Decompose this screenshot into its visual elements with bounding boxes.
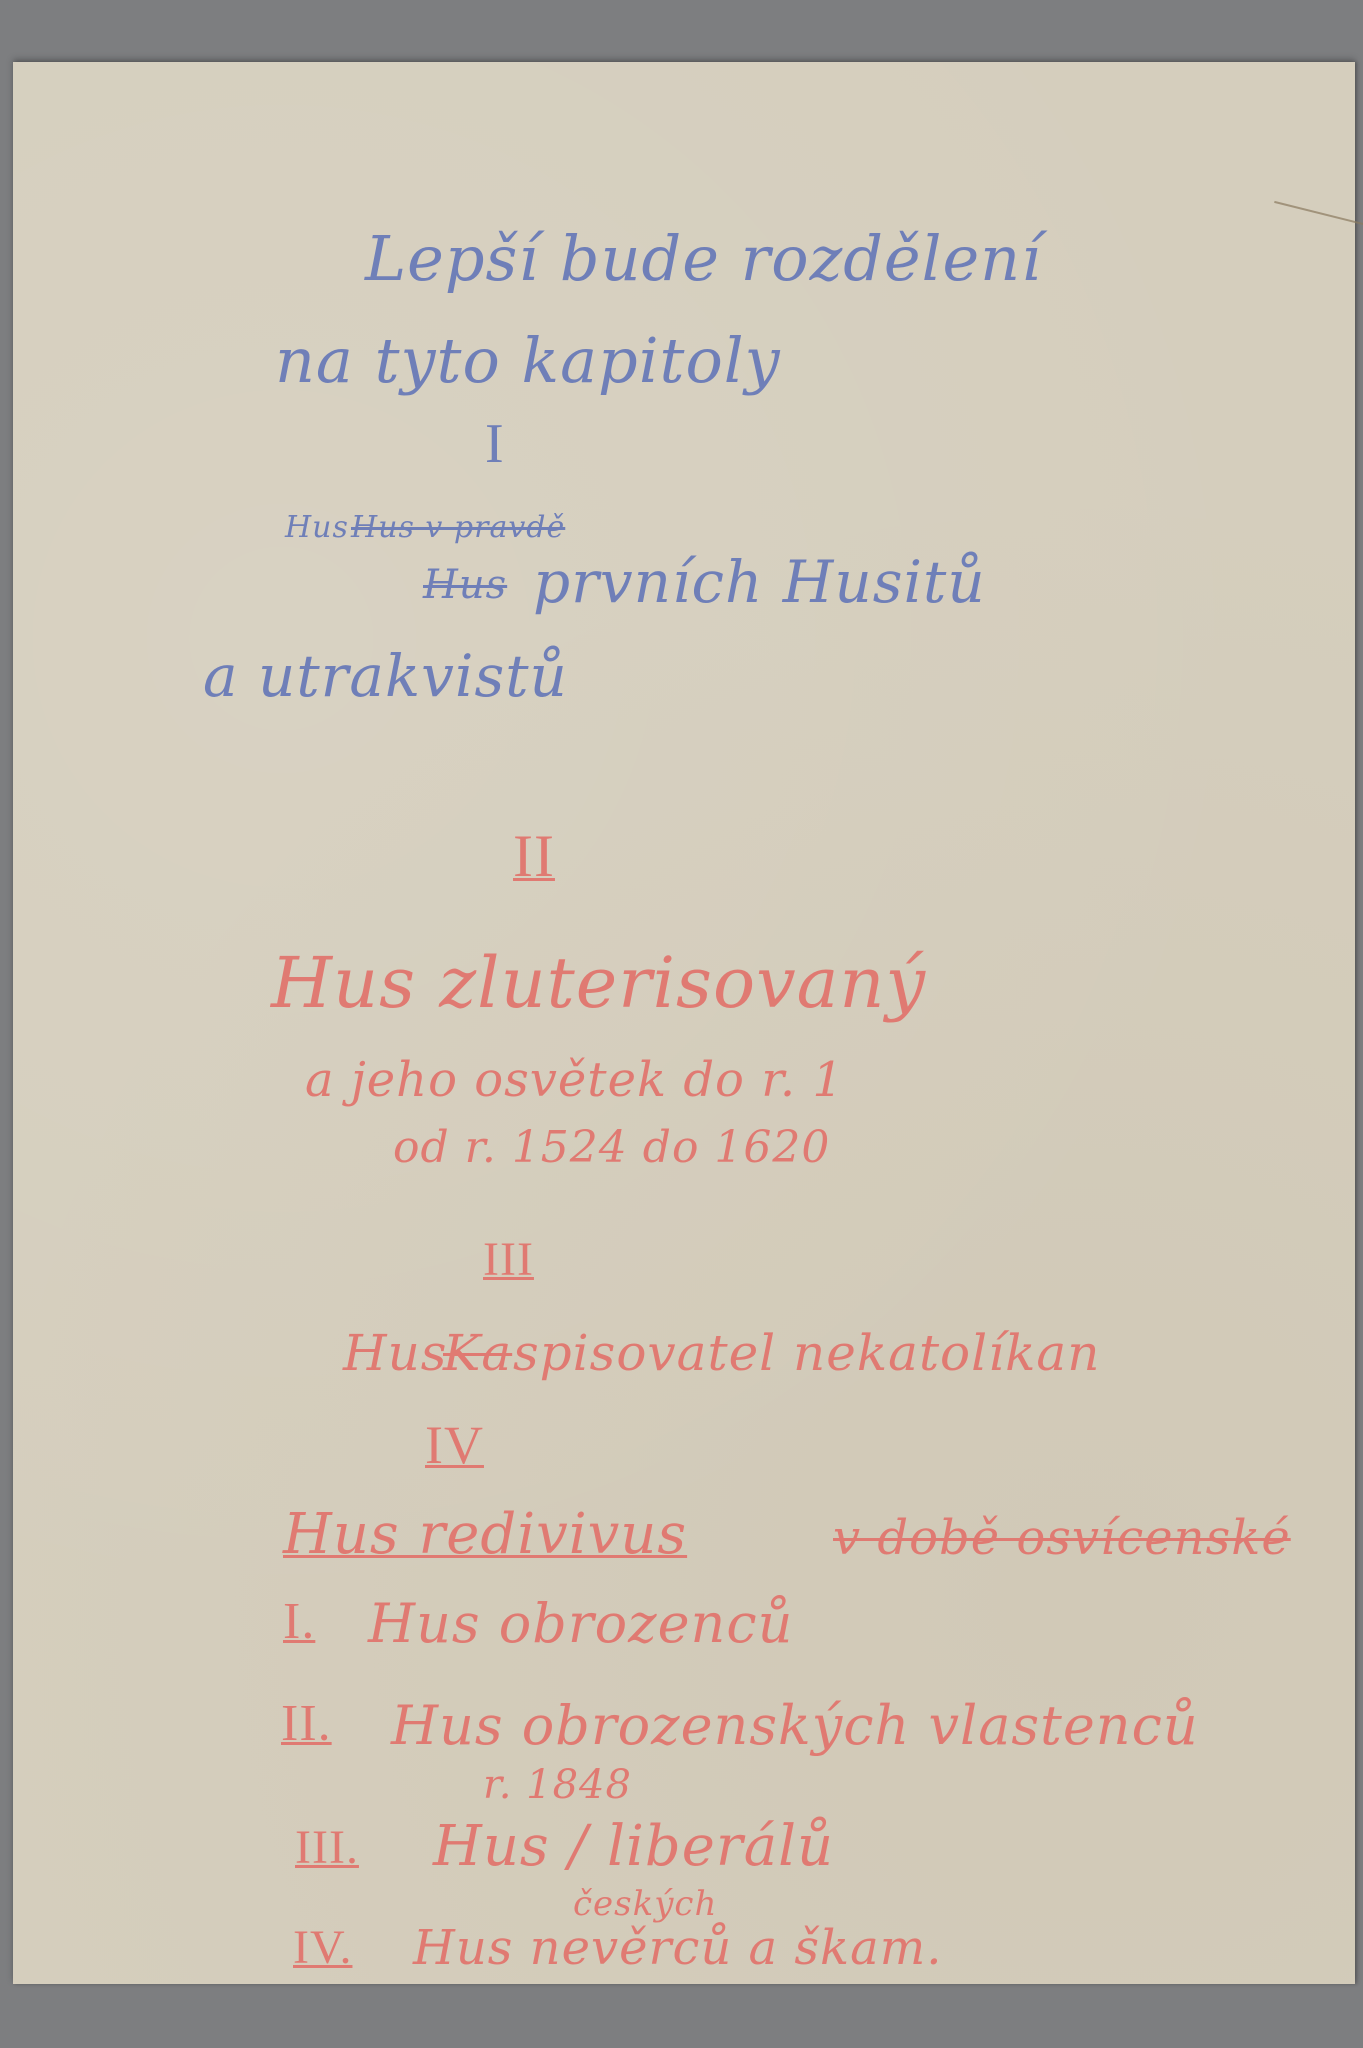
chapter-1-struck-text: Hus v pravdě <box>351 510 565 545</box>
item-1-numeral: I. <box>283 1592 315 1651</box>
chapter-1-subtitle: a utrakvistů <box>203 642 568 710</box>
chapter-3-title-a: Hus <box>343 1324 447 1382</box>
chapter-1-struck-text-2: Hus <box>423 562 507 608</box>
chapter-2-title: Hus zluterisovaný <box>271 942 926 1024</box>
heading-line-2: na tyto kapitoly <box>275 324 781 397</box>
chapter-3-numeral: III <box>483 1232 534 1287</box>
item-2-text: Hus obrozenských vlastenců <box>391 1694 1199 1757</box>
heading-line-1: Lepší bude rozdělení <box>365 222 1042 295</box>
chapter-4-title: Hus redivivus <box>283 1502 687 1567</box>
chapter-1-numeral: I <box>485 412 505 476</box>
item-2-note: r. 1848 <box>483 1762 632 1808</box>
item-3-text: Hus / liberálů <box>433 1814 834 1879</box>
paper-crease <box>1274 201 1363 225</box>
chapter-2-subtitle-1: a jeho osvětek do r. 1 <box>305 1052 844 1108</box>
chapter-4-numeral: IV <box>425 1414 484 1476</box>
chapter-3-title-b: spisovatel nekatolíkan <box>513 1324 1100 1382</box>
chapter-1-prefix: Hus <box>285 510 349 545</box>
item-2-numeral: II. <box>281 1694 332 1753</box>
chapter-1-title: prvních Husitů <box>533 548 986 616</box>
item-3-note: českých <box>573 1884 717 1924</box>
item-4-text: Hus nevěrců a škam. <box>413 1920 943 1976</box>
manuscript-page: Lepší bude rozdělení na tyto kapitoly I … <box>13 62 1355 1984</box>
chapter-2-subtitle-2: od r. 1524 do 1620 <box>393 1122 830 1173</box>
item-4-numeral: IV. <box>293 1920 352 1975</box>
chapter-4-struck-text: v době osvícenské <box>833 1510 1291 1566</box>
item-3-numeral: III. <box>295 1820 359 1875</box>
chapter-3-struck-text: Ka <box>443 1324 512 1382</box>
chapter-2-numeral: II <box>513 822 555 891</box>
item-1-text: Hus obrozenců <box>368 1592 793 1655</box>
